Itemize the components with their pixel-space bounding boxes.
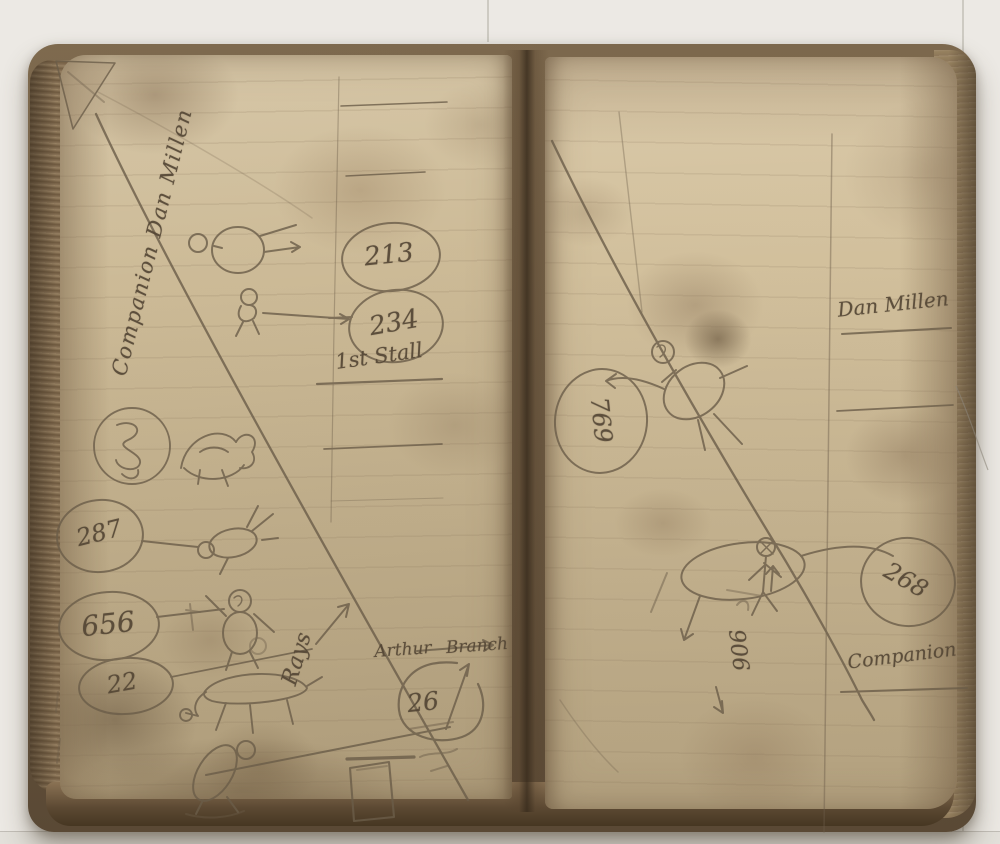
arthur-label: Arthur [374,638,433,662]
circled-number-213: 213 [363,237,416,272]
circled-number-26: 26 [406,686,441,718]
number-906: 906 [726,628,756,673]
tile-seam-top [487,0,489,42]
notebook-photo: Companion Dan Millen 213 234 1st Stall 2… [0,0,1000,844]
table-edge [0,831,1000,844]
binding-gutter [503,50,549,812]
circled-number-656: 656 [80,605,137,643]
circled-number-22: 22 [105,667,140,700]
circled-number-769: 769 [585,396,618,444]
